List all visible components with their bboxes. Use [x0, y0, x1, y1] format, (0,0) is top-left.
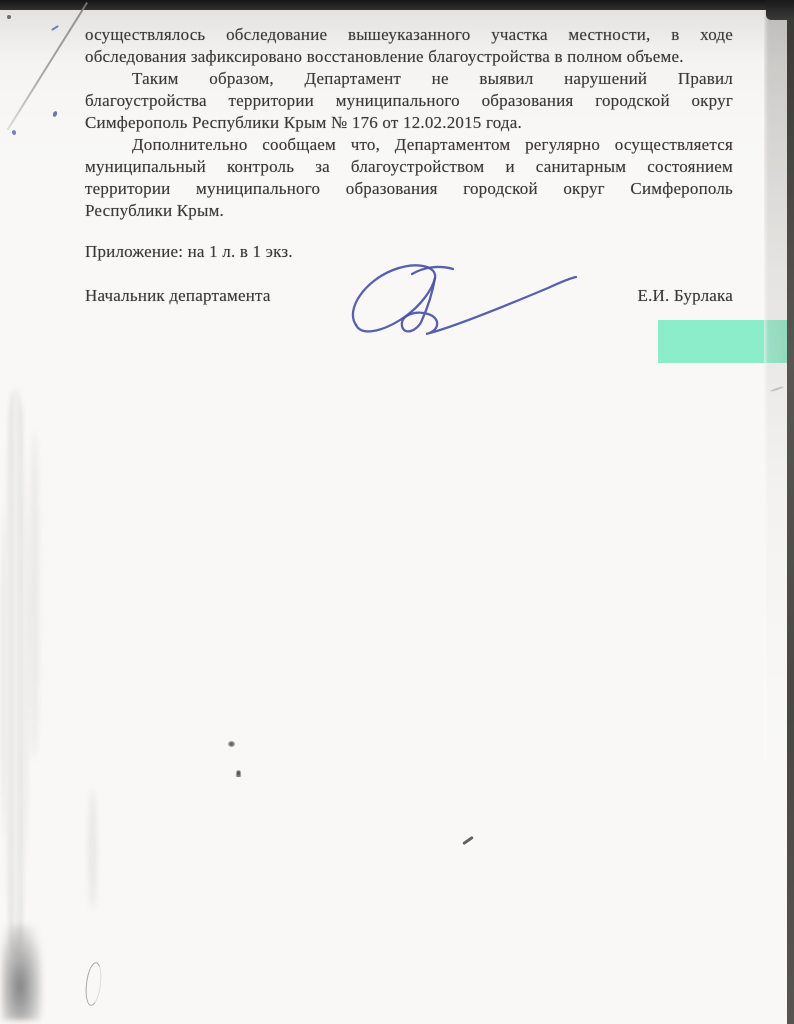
paragraph-line: обследования зафиксировано восстановлени…	[85, 46, 733, 68]
handwritten-signature	[333, 257, 583, 357]
scan-artifact-blue-ink-speck	[52, 110, 58, 117]
paragraph-line: Республики Крым.	[85, 200, 733, 222]
signer-position-title: Начальник департамента	[85, 285, 271, 307]
text-block: осуществлялось обследование вышеуказанно…	[85, 24, 733, 222]
scan-artifact-crease-line	[7, 2, 88, 130]
scan-artifact-left-smudge	[2, 388, 29, 958]
signer-name: Е.И. Бурлака	[637, 285, 733, 307]
scan-artifact-top-right-corner	[766, 0, 794, 20]
document-paragraph: Таким образом, Департамент не выявил нар…	[85, 68, 733, 134]
scan-artifact-blue-ink-dash	[51, 25, 59, 31]
scan-artifact-bottom-left-blob	[2, 925, 42, 1020]
scan-artifact-ink-dot	[228, 741, 235, 747]
document-paragraph: Дополнительно сообщаем что, Департаменто…	[85, 134, 733, 222]
paragraph-line: Дополнительно сообщаем что, Департаменто…	[85, 134, 733, 156]
scan-artifact-blue-ink-speck	[11, 130, 16, 136]
scan-artifact-top-bar	[0, 0, 794, 10]
scan-artifact-pen-oval-mark	[83, 961, 103, 1007]
scan-artifact-speck	[7, 15, 11, 19]
document-paragraph: осуществлялось обследование вышеуказанно…	[85, 24, 733, 68]
paragraph-line: территории муниципального образования го…	[85, 178, 733, 200]
scanned-document-page: осуществлялось обследование вышеуказанно…	[0, 0, 794, 1024]
paragraph-line: Симферополь Республики Крым № 176 от 12.…	[85, 112, 733, 134]
scan-artifact-ink-squiggle	[234, 770, 243, 777]
paragraph-line: благоустройства территории муниципальног…	[85, 90, 733, 112]
scan-artifact-right-edge	[787, 0, 794, 1024]
scan-artifact-right-shadow-strip	[764, 0, 787, 760]
scan-artifact-left-smudge-lower	[88, 790, 97, 910]
scan-artifact-left-smudge-thin	[30, 430, 39, 760]
paragraph-line: муниципальный контроль за благоустройств…	[85, 156, 733, 178]
paragraph-line: осуществлялось обследование вышеуказанно…	[85, 24, 733, 46]
paragraph-line: Таким образом, Департамент не выявил нар…	[85, 68, 733, 90]
scan-artifact-ink-slash	[462, 836, 474, 845]
